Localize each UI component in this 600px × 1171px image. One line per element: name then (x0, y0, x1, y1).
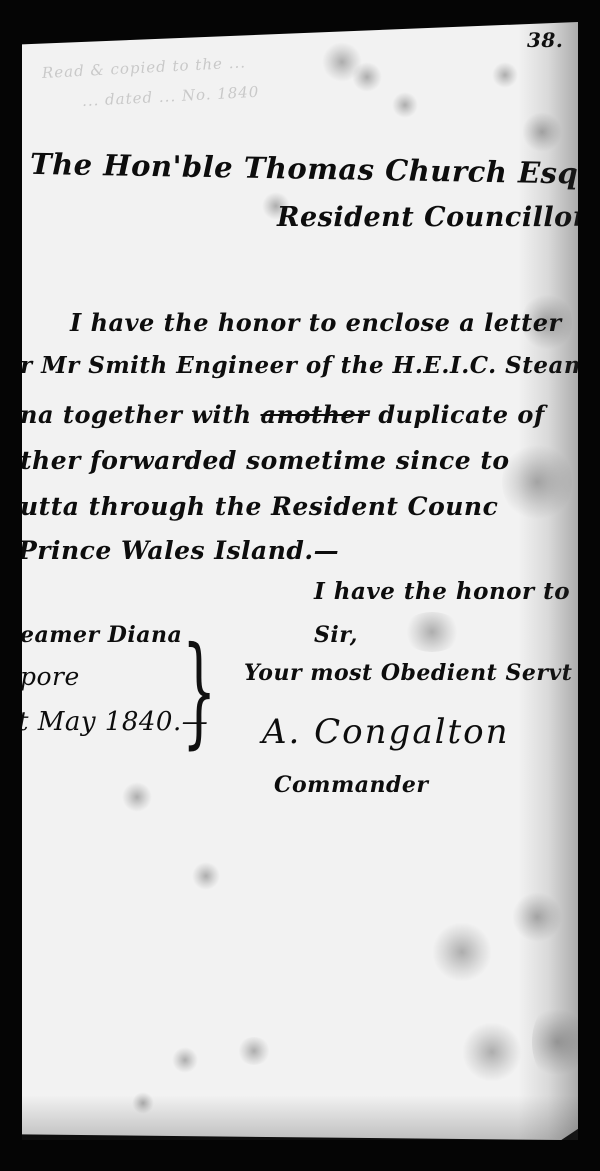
stain (122, 782, 152, 812)
body-line-4: ther forwarded sometime since to (22, 446, 510, 475)
closing-line-1: I have the honor to be (314, 578, 578, 605)
body-line-3-struck-word: another (260, 400, 369, 429)
body-line-1: I have the honor to enclose a letter (70, 308, 562, 337)
addressee-title: Resident Councillor (277, 202, 578, 233)
stain (132, 1092, 154, 1114)
stain (352, 62, 382, 92)
dateline-date: t May 1840.— (22, 707, 208, 737)
pencil-annotation-line-2: ... dated ... No. 1840 (82, 83, 260, 110)
body-line-5: utta through the Resident Counc (22, 492, 498, 521)
body-line-6: Prince Wales Island.— (22, 536, 339, 565)
stain (237, 1037, 271, 1065)
stain (402, 612, 462, 652)
signature: A. Congalton (262, 712, 510, 752)
stain (512, 892, 562, 942)
page-number: 38. (527, 28, 563, 52)
stain (192, 862, 220, 890)
signer-title: Commander (274, 772, 428, 798)
closing-salutation: Sir, (314, 622, 358, 648)
closing-line-3: Your most Obedient Servt (244, 660, 572, 686)
body-line-3-end: duplicate of (378, 400, 544, 429)
stain (492, 62, 518, 88)
body-line-3: na together with another duplicate of (22, 400, 545, 429)
pencil-annotation-line-1: Read & copied to the ... (42, 53, 247, 82)
addressee-name: The Hon'ble Thomas Church Esqre (30, 147, 578, 191)
stain (462, 1022, 522, 1082)
body-line-3-start: na together with (22, 400, 252, 429)
letter-page: 38. Read & copied to the ... ... dated .… (22, 22, 578, 1140)
dateline-ship: eamer Diana (22, 622, 182, 648)
stain (502, 442, 572, 522)
dateline-place: pore (22, 662, 80, 691)
body-line-2: r Mr Smith Engineer of the H.E.I.C. Stea… (22, 352, 578, 379)
stain (532, 1002, 578, 1082)
stain (392, 92, 418, 118)
stain (432, 922, 492, 982)
stain (172, 1047, 198, 1073)
bracket-brace: } (182, 632, 216, 752)
stain (522, 112, 562, 152)
